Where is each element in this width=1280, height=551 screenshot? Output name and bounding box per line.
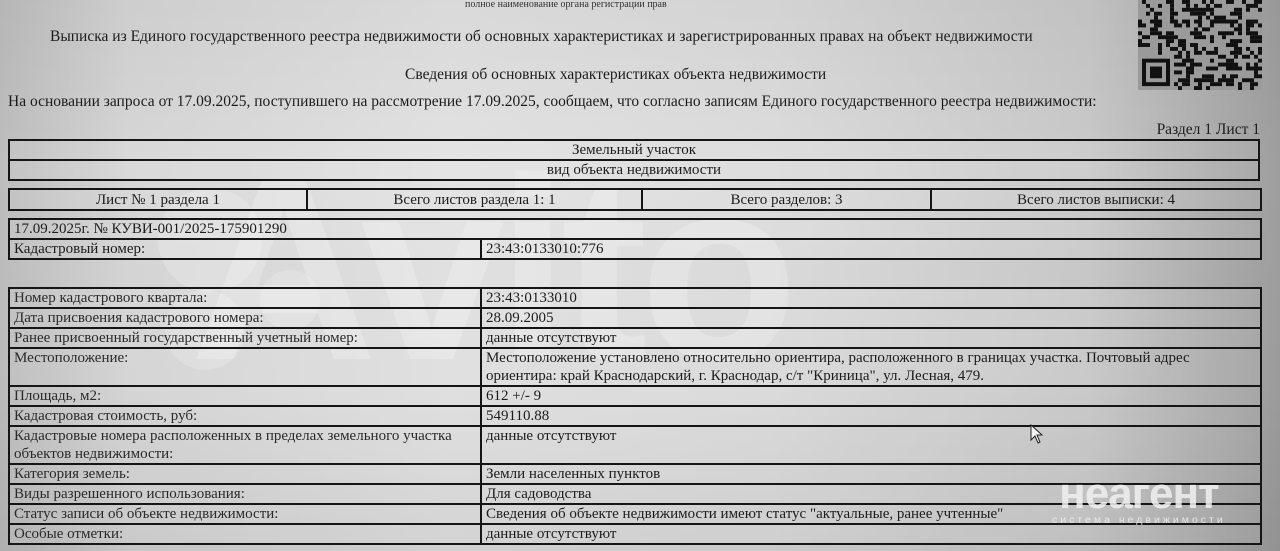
detail-label: Дата присвоения кадастрового номера: (9, 308, 481, 328)
detail-value: данные отсутствуют (481, 426, 1261, 464)
cadastral-number-value: 23:43:0133010:776 (481, 239, 1261, 259)
record-table: 17.09.2025г. № КУВИ-001/2025-175901290 К… (8, 218, 1262, 260)
object-type-table: Земельный участок вид объекта недвижимос… (8, 139, 1260, 181)
detail-row: Местоположение:Местоположение установлен… (9, 348, 1261, 386)
intro-text: На основании запроса от 17.09.2025, пост… (8, 93, 1097, 111)
detail-label: Статус записи об объекте недвижимости: (9, 504, 481, 524)
sheet-number: Лист № 1 раздела 1 (9, 189, 307, 210)
section-reference: Раздел 1 Лист 1 (1157, 121, 1260, 139)
detail-row: Особые отметки:данные отсутствуют (9, 524, 1261, 544)
object-type: Земельный участок (9, 140, 1259, 160)
detail-row: Номер кадастрового квартала:23:43:013301… (9, 288, 1261, 308)
detail-row: Кадастровые номера расположенных в преде… (9, 426, 1261, 464)
detail-label: Ранее присвоенный государственный учетны… (9, 328, 481, 348)
detail-value: 28.09.2005 (481, 308, 1261, 328)
detail-label: Особые отметки: (9, 524, 481, 544)
neagent-logo-word: неагент (1052, 474, 1226, 514)
record-reference: 17.09.2025г. № КУВИ-001/2025-175901290 (9, 219, 1261, 239)
neagent-logo-tagline: система недвижимости (1052, 514, 1226, 526)
neagent-logo: неагент система недвижимости (1052, 474, 1226, 526)
detail-row: Дата присвоения кадастрового номера:28.0… (9, 308, 1261, 328)
detail-row: Кадастровая стоимость, руб:549110.88 (9, 406, 1261, 426)
document-subtitle: Сведения об основных характеристиках объ… (405, 66, 826, 84)
sheets-in-section: Всего листов раздела 1: 1 (307, 189, 642, 210)
detail-value: 549110.88 (481, 406, 1261, 426)
detail-label: Кадастровые номера расположенных в преде… (9, 426, 481, 464)
detail-label: Площадь, м2: (9, 386, 481, 406)
mouse-pointer-icon (1030, 424, 1044, 444)
detail-label: Местоположение: (9, 348, 481, 386)
detail-value: Местоположение установлено относительно … (481, 348, 1261, 386)
detail-label: Категория земель: (9, 464, 481, 484)
detail-row: Ранее присвоенный государственный учетны… (9, 328, 1261, 348)
detail-value: данные отсутствуют (481, 524, 1261, 544)
detail-value: данные отсутствуют (481, 328, 1261, 348)
detail-label: Номер кадастрового квартала: (9, 288, 481, 308)
document-title: Выписка из Единого государственного реес… (50, 28, 1033, 46)
detail-label: Виды разрешенного использования: (9, 484, 481, 504)
detail-value: 23:43:0133010 (481, 288, 1261, 308)
detail-row: Площадь, м2:612 +/- 9 (9, 386, 1261, 406)
total-sections: Всего разделов: 3 (642, 189, 931, 210)
sheet-info-table: Лист № 1 раздела 1 Всего листов раздела … (8, 188, 1262, 211)
object-type-caption: вид объекта недвижимости (9, 160, 1259, 180)
detail-value: 612 +/- 9 (481, 386, 1261, 406)
detail-label: Кадастровая стоимость, руб: (9, 406, 481, 426)
qr-code-icon (1138, 0, 1262, 90)
total-sheets: Всего листов выписки: 4 (931, 189, 1261, 210)
cadastral-number-label: Кадастровый номер: (9, 239, 481, 259)
authority-caption: полное наименование органа регистрации п… (465, 0, 667, 10)
